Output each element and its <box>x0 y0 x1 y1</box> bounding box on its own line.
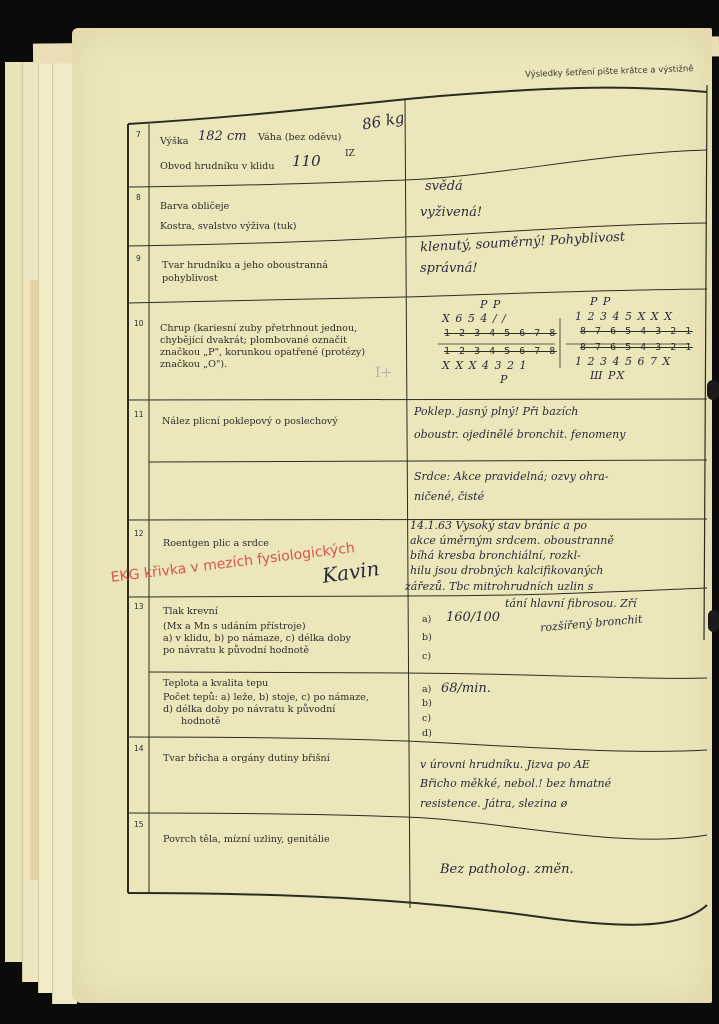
height-label: Výška <box>160 136 188 148</box>
option-label: b) <box>422 632 432 643</box>
face-color-label: Barva obličeje <box>160 201 229 213</box>
option-label: b) <box>422 698 432 709</box>
option-label: c) <box>422 651 431 662</box>
teeth-mark: Ш PX <box>590 369 625 382</box>
pulse-label: Teplota a kvalita tepu <box>163 678 268 690</box>
option-label: a) <box>422 684 431 695</box>
teeth-label: Chrup (kariesní zuby přetrhnout jednou, <box>160 323 357 335</box>
xray-value: akce úměrným srdcem. oboustranně <box>410 534 614 548</box>
teeth-handwritten: X X X 4 3 2 1 <box>442 359 527 372</box>
lung-exam-value: oboustr. ojedinělé bronchit. fenomeny <box>414 428 625 442</box>
abdomen-value: Břicho měkké, nebol.! bez hmatné <box>420 777 611 791</box>
blood-pressure-label: Tlak krevní <box>163 606 218 618</box>
option-label: c) <box>422 713 431 724</box>
teeth-lower-left: 8 7 6 5 4 3 2 1 <box>580 342 693 353</box>
teeth-label: chybějící dvakrát; plombované označit <box>160 335 347 347</box>
xray-value: zářezů. Tbc mitrohrudních uzlin s <box>405 580 593 594</box>
teeth-upper-left: 8 7 6 5 4 3 2 1 <box>580 326 693 337</box>
binder-clip <box>708 610 719 632</box>
teeth-mark: P <box>500 373 508 386</box>
pulse-value: 68/min. <box>441 680 491 697</box>
lung-exam-label: Nález plicní poklepový o poslechový <box>162 416 338 428</box>
blood-pressure-value: 160/100 <box>446 609 500 626</box>
teeth-handwritten: X 6 5 4 / / <box>442 312 507 325</box>
pencil-mark: I+ <box>375 365 392 381</box>
pulse-label: hodnotě <box>181 716 221 728</box>
lung-exam-value: Poklep. jasný plný! Při bazích <box>414 405 578 419</box>
row-number: 13 <box>134 602 144 611</box>
pulse-label: Počet tepů: a) leže, b) stoje, c) po nám… <box>163 692 369 704</box>
body-surface-label: Povrch těla, mízní uzliny, genitálie <box>163 834 330 846</box>
blood-pressure-label: a) v klidu, b) po námaze, c) délka doby <box>163 633 351 645</box>
build-value: vyživená! <box>420 204 482 221</box>
teeth-label: značkou „P", korunkou opatřené (protézy) <box>160 347 365 359</box>
teeth-upper-right: 1 2 3 4 5 6 7 8 <box>444 328 557 339</box>
form-grid <box>0 0 719 1024</box>
body-surface-value: Bez patholog. změn. <box>440 861 574 878</box>
option-label: a) <box>422 614 431 625</box>
abdomen-label: Tvar břicha a orgány dutiny břišní <box>163 753 330 765</box>
binder-clip <box>707 380 719 400</box>
chest-shape-label: Tvar hrudníku a jeho oboustranná <box>162 260 328 272</box>
teeth-mark: P P <box>480 298 501 311</box>
row-number: 12 <box>134 529 144 538</box>
row-number: 7 <box>136 130 141 139</box>
teeth-handwritten: 1 2 3 4 5 6 7 X <box>575 355 671 368</box>
row-number: 11 <box>134 410 144 419</box>
face-color-value: svědá <box>425 178 463 195</box>
heart-exam-value: ničené, čisté <box>414 490 484 504</box>
abdomen-value: v úrovni hrudníku. Jizva po AE <box>420 758 590 772</box>
row-number: 8 <box>136 193 141 202</box>
build-label: Kostra, svalstvo výživa (tuk) <box>160 221 297 233</box>
row-number: 9 <box>136 254 141 263</box>
teeth-handwritten: 1 2 3 4 5 X X X <box>575 310 673 323</box>
blood-pressure-label: po návratu k původní hodnotě <box>163 645 309 657</box>
teeth-label: značkou „O"). <box>160 359 227 371</box>
chest-value: 110 <box>292 153 321 170</box>
option-label: d) <box>422 728 432 739</box>
pulse-label: d) délka doby po návratu k původní <box>163 704 335 716</box>
chest-label: Obvod hrudníku v klidu <box>160 161 275 173</box>
xray-value: hilu jsou drobných kalcifikovaných <box>410 564 603 578</box>
blood-pressure-label: (Mx a Mn s udáním přístroje) <box>163 621 306 633</box>
xray-value: tání hlavní fibrosou. Zří <box>505 597 637 611</box>
row-number: 14 <box>134 744 144 753</box>
chest-shape-label: pohyblivost <box>162 273 218 285</box>
teeth-mark: P P <box>590 295 611 308</box>
row-number: 15 <box>134 820 144 829</box>
xray-value: bíhá kresba bronchiální, rozkl- <box>410 549 581 563</box>
weight-label: Váha (bez oděvu) <box>258 132 341 144</box>
row-number: 10 <box>134 319 144 328</box>
abdomen-value: resistence. Játra, slezina ø <box>420 797 567 811</box>
xray-label: Roentgen plic a srdce <box>163 538 269 550</box>
heart-exam-value: Srdce: Akce pravidelná; ozvy ohra- <box>414 470 609 484</box>
chest-shape-value: správná! <box>420 260 478 277</box>
teeth-lower-right: 1 2 3 4 5 6 7 8 <box>444 346 557 357</box>
iz-label: IZ <box>345 148 355 160</box>
height-value: 182 cm <box>198 128 247 145</box>
xray-value: 14.1.63 Vysoký stav bránic a po <box>410 519 587 533</box>
